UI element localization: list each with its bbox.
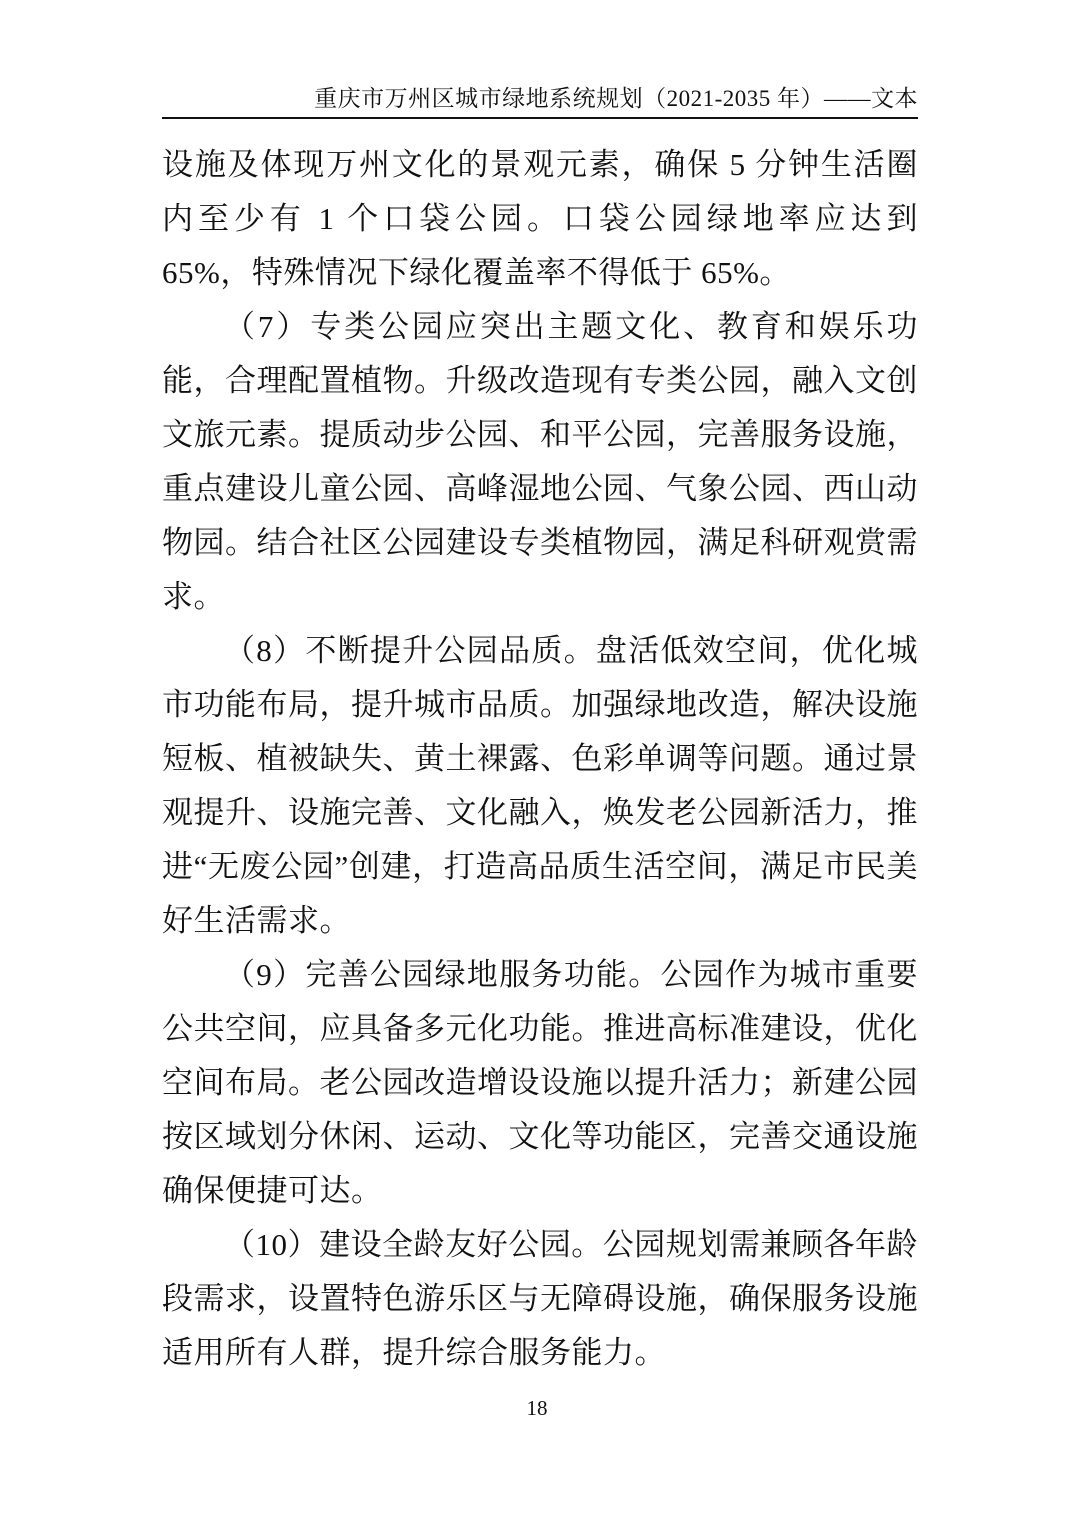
page-number: 18 [527,1396,548,1420]
header-rule [162,117,918,119]
page-header: 重庆市万州区城市绿地系统规划（2021-2035 年）——文本 [162,0,918,119]
paragraph-item-8: （8）不断提升公园品质。盘活低效空间，优化城市功能布局，提升城市品质。加强绿地改… [162,624,918,948]
page-footer: 18 [0,1396,1074,1421]
paragraph-item-9: （9）完善公园绿地服务功能。公园作为城市重要公共空间，应具备多元化功能。推进高标… [162,948,918,1218]
paragraph-item-7: （7）专类公园应突出主题文化、教育和娱乐功能，合理配置植物。升级改造现有专类公园… [162,300,918,624]
header-title: 重庆市万州区城市绿地系统规划（2021-2035 年）——文本 [162,0,918,114]
document-page: 重庆市万州区城市绿地系统规划（2021-2035 年）——文本 设施及体现万州文… [0,0,1074,1520]
paragraph-item-10: （10）建设全龄友好公园。公园规划需兼顾各年龄段需求，设置特色游乐区与无障碍设施… [162,1218,918,1380]
paragraph-continuation: 设施及体现万州文化的景观元素，确保 5 分钟生活圈内至少有 1 个口袋公园。口袋… [162,138,918,300]
document-body: 设施及体现万州文化的景观元素，确保 5 分钟生活圈内至少有 1 个口袋公园。口袋… [162,138,918,1380]
